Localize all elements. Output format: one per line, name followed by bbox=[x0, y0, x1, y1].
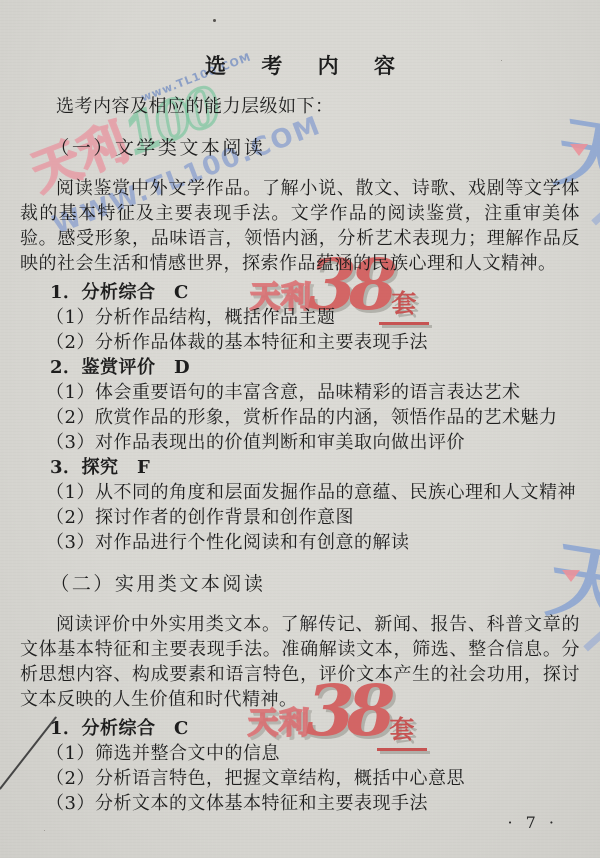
page-content: 选 考 内 容 选考内容及相应的能力层级如下： （一）文学类文本阅读 阅读鉴赏中… bbox=[0, 0, 600, 858]
scanned-document-page: 天利100 www.TL100.COM WWW.TL100.COM 天利 38 … bbox=[0, 0, 600, 858]
section-1-heading: （一）文学类文本阅读 bbox=[20, 135, 580, 162]
intro-line: 选考内容及相应的能力层级如下： bbox=[20, 94, 580, 119]
ability-subitem: （1）筛选并整合文中的信息 bbox=[46, 741, 580, 766]
ability-subitem: （2）分析语言特色，把握文章结构，概括中心意思 bbox=[46, 766, 580, 791]
section-2-paragraph: 阅读评价中外实用类文本。了解传记、新闻、报告、科普文章的文体基本特征和主要表现手… bbox=[20, 612, 580, 712]
ability-subitem: （2）分析作品体裁的基本特征和主要表现手法 bbox=[46, 330, 580, 355]
ability-item-label: 2．鉴赏评价 D bbox=[50, 355, 580, 380]
section-1-paragraph: 阅读鉴赏中外文学作品。了解小说、散文、诗歌、戏剧等文学体裁的基本特征及主要表现手… bbox=[20, 176, 580, 276]
ability-subitem: （1）分析作品结构，概括作品主题 bbox=[46, 305, 580, 330]
ability-item-label: 1．分析综合 C bbox=[50, 280, 580, 305]
ability-subitem: （3）对作品进行个性化阅读和有创意的解读 bbox=[46, 530, 580, 555]
page-number: · 7 · bbox=[507, 813, 558, 832]
page-title: 选 考 内 容 bbox=[34, 52, 580, 80]
ability-subitem: （3）对作品表现出的价值判断和审美取向做出评价 bbox=[46, 430, 580, 455]
ability-subitem: （1）体会重要语句的丰富含意，品味精彩的语言表达艺术 bbox=[46, 380, 580, 405]
ability-item-label: 1．分析综合 C bbox=[50, 716, 580, 741]
ability-subitem: （1）从不同的角度和层面发掘作品的意蕴、民族心理和人文精神 bbox=[46, 480, 580, 505]
ability-item-label: 3．探究 F bbox=[50, 455, 580, 480]
ability-subitem: （3）分析文本的文体基本特征和主要表现手法 bbox=[46, 791, 580, 816]
ability-subitem: （2）探讨作者的创作背景和创作意图 bbox=[46, 505, 580, 530]
ability-subitem: （2）欣赏作品的形象，赏析作品的内涵，领悟作品的艺术魅力 bbox=[46, 405, 580, 430]
section-2-heading: （二）实用类文本阅读 bbox=[20, 571, 580, 598]
